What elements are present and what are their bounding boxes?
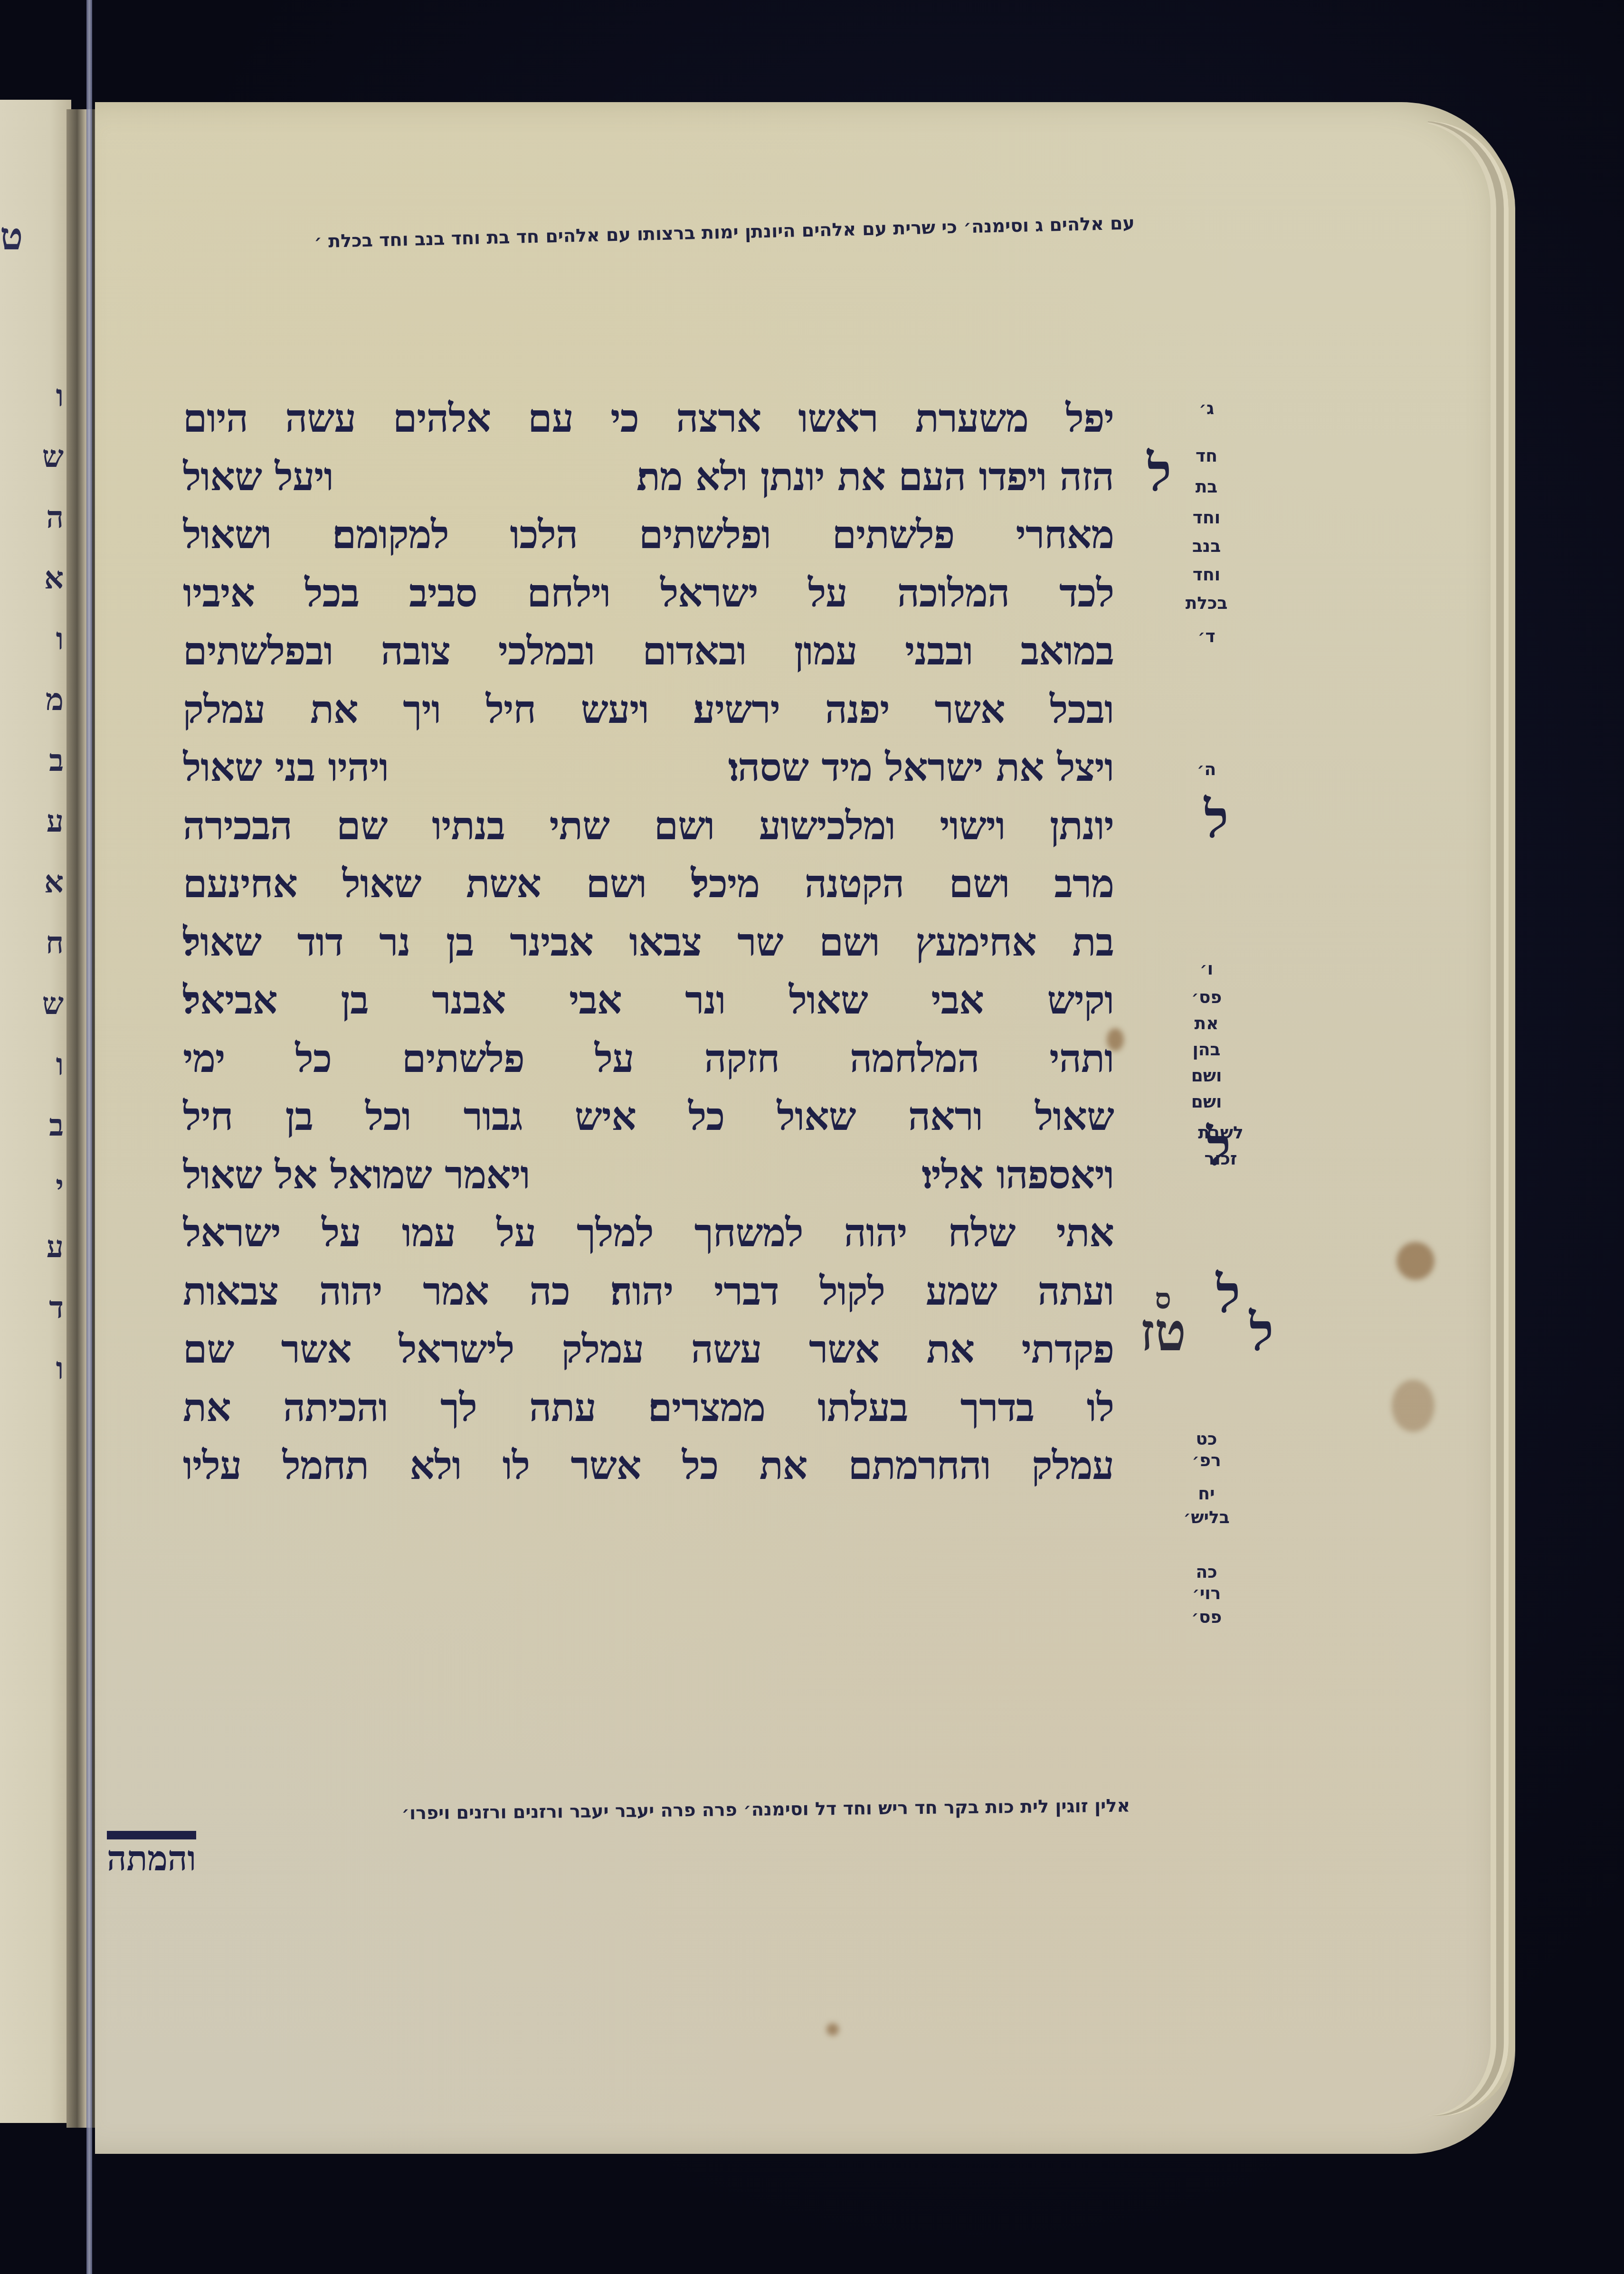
- mp-note: כה: [1178, 1563, 1235, 1582]
- mp-note: בהן: [1178, 1040, 1235, 1060]
- section-number: טז: [1140, 1301, 1186, 1363]
- mp-note: חד: [1178, 446, 1235, 466]
- mp-note: ה׳: [1178, 760, 1235, 779]
- text-line-segment: ויהיו בני שאול: [183, 739, 389, 797]
- mp-note: ושם: [1178, 1092, 1235, 1112]
- mp-note: פס׳: [1178, 988, 1235, 1007]
- glass-plate-edge: [86, 0, 92, 2274]
- mp-note: כט: [1178, 1430, 1235, 1449]
- text-line: ותהי המלחמה חזקה על פלשתים כל ימי: [183, 1030, 1114, 1088]
- mp-note: רפ׳: [1178, 1451, 1235, 1470]
- mp-note: בנב: [1178, 537, 1235, 556]
- mp-note: בכלת: [1178, 594, 1235, 613]
- stain: [1392, 1380, 1434, 1432]
- section-number-marker: ס טז: [1140, 1282, 1186, 1363]
- text-line: בת אחימעץ ושם שר צבאו אבינר בן נר דוד שא…: [183, 913, 1114, 972]
- text-line: לו בדרך בעלתו ממצרים׃ עתה לך והכיתה את: [183, 1379, 1114, 1437]
- left-page-text-edge: ו ש ה א ו מ ב ע א ח ש ו ב י ע ד ו: [2, 366, 64, 2123]
- text-line: מאחרי פלשתים ופלשתים הלכו למקומם׃ ושאול: [183, 506, 1114, 564]
- text-line: וקיש אבי שאול ונר אבי אבנר בן אביאל׃: [183, 971, 1114, 1030]
- text-line-segment: ויאמר שמואל אל שאול: [183, 1146, 530, 1204]
- text-line-segment: ויצל את ישראל מיד שסהו׃: [729, 739, 1114, 797]
- text-line: יונתן וישוי ומלכישוע ושם שתי בנתיו שם הב…: [183, 797, 1114, 855]
- biblical-text-column: יפל משערת ראשו ארצה כי עם אלהים עשה היום…: [183, 389, 1114, 1495]
- mp-note: רוי׳: [1178, 1584, 1235, 1603]
- mp-note: וחד: [1178, 508, 1235, 528]
- mp-note: וחד: [1178, 565, 1235, 585]
- circellus-mark: ל: [1204, 793, 1228, 845]
- text-line-segment: ויעל שאול: [183, 448, 333, 506]
- text-line: שאול וראה שאול כל איש גבור וכל בן חיל: [183, 1088, 1114, 1146]
- catchword: והמתה: [107, 1831, 196, 1876]
- text-line: עמלק והחרמתם את כל אשר לו ולא תחמל עליו: [183, 1437, 1114, 1495]
- text-line: פקדתי את אשר עשה עמלק לישראל אשר שם: [183, 1320, 1114, 1379]
- folio-page-edges: [1428, 121, 1515, 2116]
- text-line: ויצל את ישראל מיד שסהו׃ ויהיו בני שאול: [183, 739, 1114, 797]
- text-line: אתי שלח יהוה למשחך למלך על עמו על ישראל: [183, 1204, 1114, 1262]
- circellus-mark: ל: [1249, 1306, 1273, 1358]
- left-page-folio-mark: ט: [0, 214, 23, 259]
- stain: [826, 2023, 839, 2036]
- mp-note: בליש׳: [1178, 1508, 1235, 1527]
- mp-note: ד׳: [1178, 627, 1235, 646]
- facing-left-page: ט ו ש ה א ו מ ב ע א ח ש ו ב י ע ד ו: [0, 100, 71, 2123]
- text-line: לכד המלוכה על ישראל וילחם סביב בכל איביו: [183, 564, 1114, 623]
- text-line-segment: הזה ויפדו העם את יונתן ולא מת׃: [637, 448, 1114, 506]
- text-line: ועתה שמע לקול דברי יהוה׃ כה אמר יהוה צבא…: [183, 1262, 1114, 1321]
- text-line: יפל משערת ראשו ארצה כי עם אלהים עשה היום: [183, 389, 1114, 448]
- mp-note: ג׳: [1178, 399, 1235, 418]
- circellus-mark: ל: [1206, 1121, 1231, 1173]
- mp-note: בת: [1178, 477, 1235, 497]
- text-line: מרב ושם הקטנה מיכל׃ ושם אשת שאול אחינעם: [183, 855, 1114, 913]
- text-line: במואב ובבני עמון ובאדום ובמלכי צובה ובפל…: [183, 622, 1114, 681]
- text-line: ויאספהו אליו׃ ויאמר שמואל אל שאול: [183, 1146, 1114, 1204]
- mp-note: יח: [1178, 1484, 1235, 1504]
- text-line: הזה ויפדו העם את יונתן ולא מת׃ ויעל שאול: [183, 448, 1114, 506]
- mp-note: את: [1178, 1014, 1235, 1033]
- stain: [1396, 1242, 1434, 1280]
- text-line: ובכל אשר יפנה ירשיע׃ ויעש חיל ויך את עמל…: [183, 681, 1114, 739]
- mp-note: ו׳: [1178, 959, 1235, 979]
- mp-note: ושם: [1178, 1066, 1235, 1086]
- circellus-mark: ל: [1216, 1268, 1240, 1320]
- text-line-segment: ויאספהו אליו׃: [922, 1146, 1114, 1204]
- mp-note: פס׳: [1178, 1608, 1235, 1627]
- circellus-mark: ל: [1147, 446, 1171, 499]
